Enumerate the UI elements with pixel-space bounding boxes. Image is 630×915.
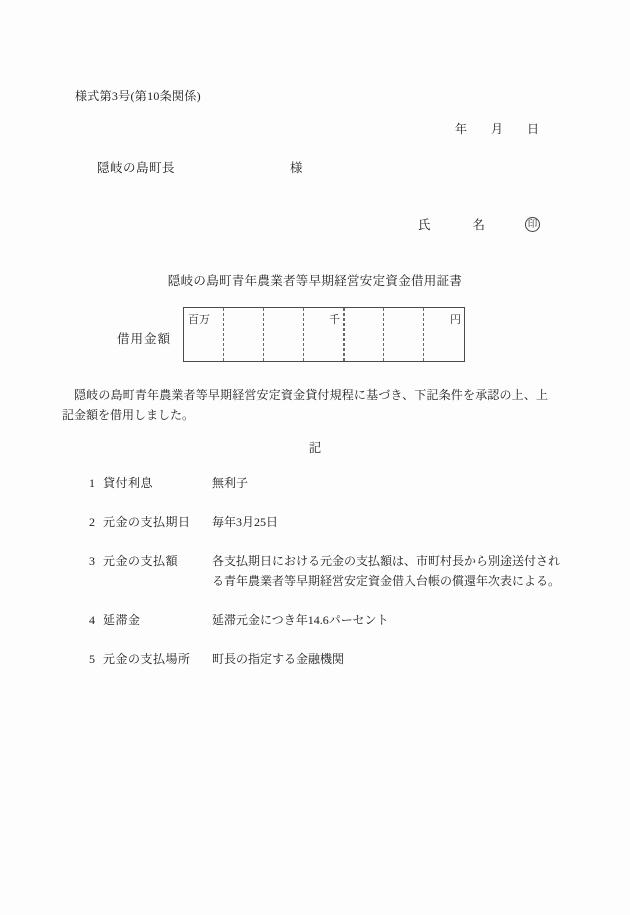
unit-label-million: 百万 (188, 311, 210, 327)
addressee-honorific: 様 (290, 158, 303, 176)
unit-label-yen: 円 (450, 311, 461, 327)
term-row-payment-amount: 3 元金の支払額 各支払期日における元金の支払額は、市町村長から別途送付される青… (89, 551, 579, 591)
term-value: 毎年3月25日 (212, 512, 564, 532)
term-value: 無利子 (212, 473, 564, 493)
term-number: 2 (89, 512, 103, 532)
amount-digit-cell (344, 308, 384, 361)
term-row-interest: 1 貸付利息 無利子 (89, 473, 579, 493)
form-number: 様式第3号(第10条関係) (75, 87, 201, 104)
addressee-row: 隠岐の島町長 様 (0, 158, 630, 174)
term-row-payment-place: 5 元金の支払場所 町長の指定する金融機関 (89, 649, 579, 669)
body-paragraph: 隠岐の島町青年農業者等早期経営安定資金貸付規程に基づき、下記条件を承認の上、上記… (62, 385, 548, 425)
term-number: 1 (89, 473, 103, 493)
term-label: 延滞金 (103, 610, 212, 630)
amount-digit-cell (384, 308, 424, 361)
term-label: 元金の支払額 (103, 551, 212, 591)
loan-certificate-document: 様式第3号(第10条関係) 年 月 日 隠岐の島町長 様 氏 名 印 隠岐の島町… (0, 0, 630, 915)
term-number: 5 (89, 649, 103, 669)
term-value: 延滞元金につき年14.6パーセント (212, 610, 564, 630)
terms-list: 1 貸付利息 無利子 2 元金の支払期日 毎年3月25日 3 元金の支払額 各支… (89, 473, 579, 688)
term-number: 4 (89, 610, 103, 630)
amount-section: 借用金額 百万 千 円 (117, 307, 467, 361)
signature-row: 氏 名 印 (418, 215, 540, 233)
term-row-payment-date: 2 元金の支払期日 毎年3月25日 (89, 512, 579, 532)
term-label: 貸付利息 (103, 473, 212, 493)
term-label: 元金の支払場所 (103, 649, 212, 669)
unit-label-thousand: 千 (329, 311, 340, 327)
term-row-late-charge: 4 延滞金 延滞元金につき年14.6パーセント (89, 610, 579, 630)
amount-digit-cell (224, 308, 264, 361)
amount-digit-cell: 千 (304, 308, 344, 361)
addressee-title: 隠岐の島町長 (97, 158, 175, 176)
term-label: 元金の支払期日 (103, 512, 212, 532)
amount-label: 借用金額 (117, 329, 171, 347)
amount-digit-cell: 百万 (184, 308, 224, 361)
seal-icon: 印 (525, 217, 540, 232)
date-line: 年 月 日 (455, 120, 539, 137)
term-value: 各支払期日における元金の支払額は、市町村長から別途送付される青年農業者等早期経営… (212, 551, 564, 591)
amount-table: 百万 千 円 (183, 307, 465, 362)
term-number: 3 (89, 551, 103, 591)
section-marker: 記 (0, 438, 630, 456)
name-label-first: 氏 (418, 215, 431, 233)
amount-digit-cell (264, 308, 304, 361)
name-label-second: 名 (473, 215, 486, 233)
document-title: 隠岐の島町青年農業者等早期経営安定資金借用証書 (0, 271, 630, 289)
amount-digit-cell: 円 (424, 308, 464, 361)
term-value: 町長の指定する金融機関 (212, 649, 564, 669)
